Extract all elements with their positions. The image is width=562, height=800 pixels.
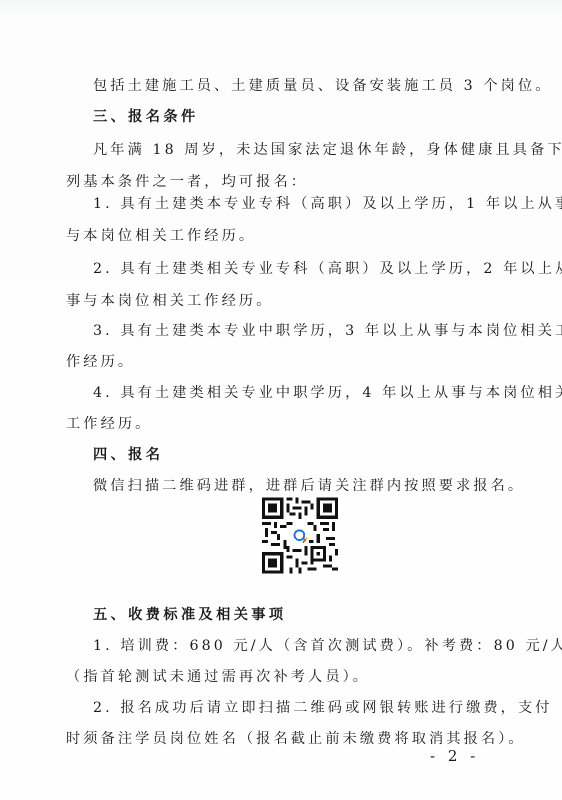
fee-line-1: 1. 培训费：680 元/人（含首次测试费）。补考费：80 元/人 — [93, 636, 562, 656]
qr-code-icon[interactable] — [262, 497, 338, 574]
condition-3-line-2: 作经历。 — [66, 352, 135, 372]
section-3-heading: 三、报名条件 — [93, 107, 199, 127]
payment-line-1: 2. 报名成功后请立即扫描二维码或网银转账进行缴费，支付 — [93, 698, 553, 718]
condition-1-line-1: 1. 具有土建类本专业专科（高职）及以上学历，1 年以上从事 — [93, 194, 562, 214]
section-4-heading: 四、报名 — [93, 445, 163, 465]
condition-4-line-1: 4. 具有土建类相关专业中职学历，4 年以上从事与本岗位相关 — [93, 383, 562, 403]
document-page: 包括土建施工员、土建质量员、设备安装施工员 3 个岗位。 三、报名条件 凡年满 … — [0, 0, 562, 800]
fee-line-2: （指首轮测试未通过需再次补考人员）。 — [66, 667, 370, 687]
condition-2-line-1: 2. 具有土建类相关专业专科（高职）及以上学历，2 年以上从 — [93, 259, 562, 279]
scope-line: 包括土建施工员、土建质量员、设备安装施工员 3 个岗位。 — [93, 76, 553, 96]
eligibility-intro-line-1: 凡年满 18 周岁，未达国家法定退休年龄，身体健康且具备下 — [93, 140, 562, 160]
eligibility-intro-line-2: 列基本条件之一者，均可报名： — [66, 172, 308, 192]
condition-4-line-2: 工作经历。 — [66, 414, 152, 434]
condition-2-line-2: 事与本岗位相关工作经历。 — [66, 291, 273, 311]
condition-3-line-1: 3. 具有土建类本专业中职学历，3 年以上从事与本岗位相关工 — [93, 321, 562, 341]
payment-line-2: 时须备注学员岗位姓名（报名截止前未缴费将取消其报名）。 — [66, 729, 526, 749]
section-5-heading: 五、收费标准及相关事项 — [93, 605, 286, 625]
condition-1-line-2: 与本岗位相关工作经历。 — [66, 226, 256, 246]
registration-instruction: 微信扫描二维码进群，进群后请关注群内按照要求报名。 — [93, 476, 525, 496]
page-number: - 2 - — [430, 747, 479, 765]
